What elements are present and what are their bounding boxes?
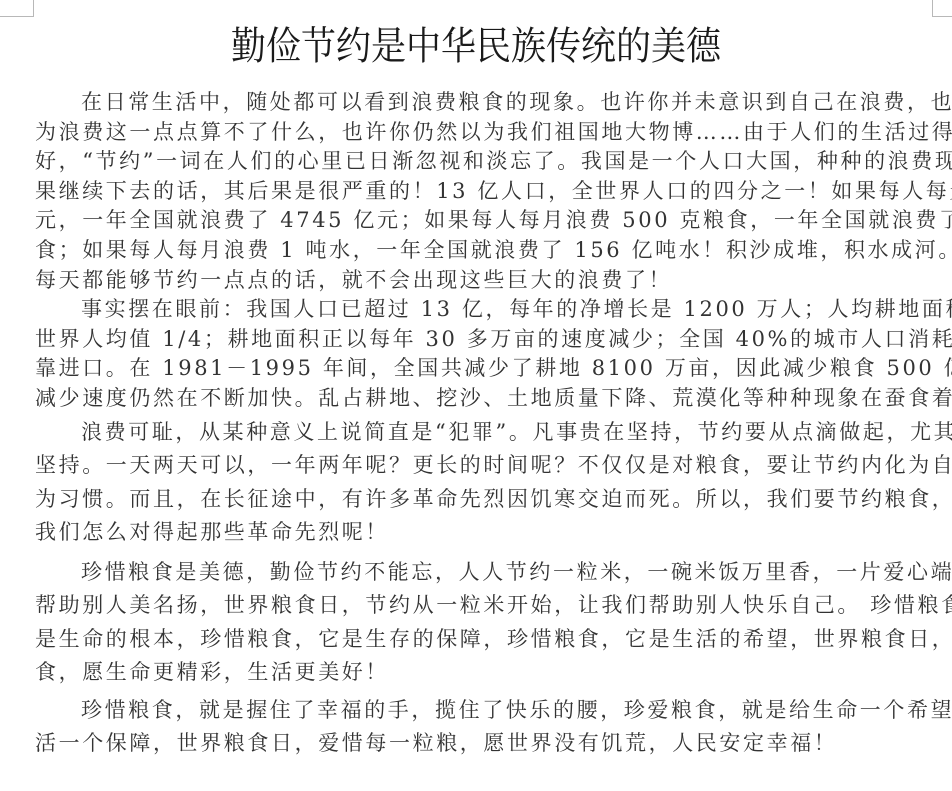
paragraph-line: 每天都能够节约一点点的话，就不会出现这些巨大的浪费了！ (35, 266, 935, 296)
paragraph-2: 事实摆在眼前：我国人口已超过 13 亿，每年的净增长是 1200 万人；人均耕地… (35, 295, 935, 413)
paragraph-line: 食；如果每人每月浪费 1 吨水，一年全国就浪费了 156 亿吨水！积沙成堆，积水… (35, 236, 935, 266)
document-title: 勤俭节约是中华民族传统的美德 (0, 19, 952, 75)
paragraph-line: 珍惜粮食，就是握住了幸福的手，揽住了快乐的腰，珍爱粮食，就是给生命一个希望，给生 (35, 694, 935, 728)
paragraph-line: 帮助别人美名扬，世界粮食日，节约从一粒米开始，让我们帮助别人快乐自己。 珍惜粮食… (35, 589, 935, 623)
paragraph-line: 减少速度仍然在不断加快。乱占耕地、挖沙、土地质量下降、荒漠化等种种现象在蚕食着耕… (35, 384, 935, 414)
paragraph-line: 是生命的根本，珍惜粮食，它是生存的保障，珍惜粮食，它是生活的希望，世界粮食日，珍… (35, 623, 935, 657)
paragraph-line: 为习惯。而且，在长征途中，有许多革命先烈因饥寒交迫而死。所以，我们要节约粮食，要… (35, 483, 935, 517)
paragraph-line: 元，一年全国就浪费了 4745 亿元；如果每人每月浪费 500 克粮食，一年全国… (35, 206, 935, 236)
paragraph-line: 食，愿生命更精彩，生活更美好！ (35, 656, 935, 690)
paragraph-line: 我们怎么对得起那些革命先烈呢！ (35, 516, 935, 550)
paragraph-4: 珍惜粮食是美德，勤俭节约不能忘，人人节约一粒米，一碗米饭万里香，一片爱心端给你，… (35, 556, 935, 690)
document-body: 在日常生活中，随处都可以看到浪费粮食的现象。也许你并未意识到自己在浪费，也许你认… (35, 88, 935, 761)
paragraph-1: 在日常生活中，随处都可以看到浪费粮食的现象。也许你并未意识到自己在浪费，也许你认… (35, 88, 935, 295)
paragraph-line: 活一个保障，世界粮食日，爱惜每一粒粮，愿世界没有饥荒，人民安定幸福！ (35, 727, 935, 761)
paragraph-line: 靠进口。在 1981－1995 年间，全国共减少了耕地 8100 万亩，因此减少… (35, 354, 935, 384)
paragraph-line: 好，“节约”一词在人们的心里已日渐忽视和淡忘了。我国是一个人口大国，种种的浪费现… (35, 147, 935, 177)
paragraph-line: 坚持。一天两天可以，一年两年呢？更长的时间呢？不仅仅是对粮食，要让节约内化为自觉… (35, 449, 935, 483)
paragraph-line: 为浪费这一点点算不了什么，也许你仍然以为我们祖国地大物博……由于人们的生活过得越… (35, 118, 935, 148)
paragraph-line: 在日常生活中，随处都可以看到浪费粮食的现象。也许你并未意识到自己在浪费，也许你认 (35, 88, 935, 118)
paragraph-5: 珍惜粮食，就是握住了幸福的手，揽住了快乐的腰，珍爱粮食，就是给生命一个希望，给生… (35, 694, 935, 761)
paragraph-line: 世界人均值 1/4；耕地面积正以每年 30 多万亩的速度减少；全国 40%的城市… (35, 325, 935, 355)
paragraph-3: 浪费可耻，从某种意义上说简直是“犯罪”。凡事贵在坚持，节约要从点滴做起，尤其需要… (35, 416, 935, 550)
paragraph-line: 果继续下去的话，其后果是很严重的！13 亿人口，全世界人口的四分之一！如果每人每… (35, 177, 935, 207)
paragraph-line: 珍惜粮食是美德，勤俭节约不能忘，人人节约一粒米，一碗米饭万里香，一片爱心端给你， (35, 556, 935, 590)
paragraph-line: 事实摆在眼前：我国人口已超过 13 亿，每年的净增长是 1200 万人；人均耕地… (35, 295, 935, 325)
paragraph-line: 浪费可耻，从某种意义上说简直是“犯罪”。凡事贵在坚持，节约要从点滴做起，尤其需要 (35, 416, 935, 450)
page-margin-corner-top-right (932, 0, 952, 17)
page-margin-corner-top-left (0, 0, 34, 17)
